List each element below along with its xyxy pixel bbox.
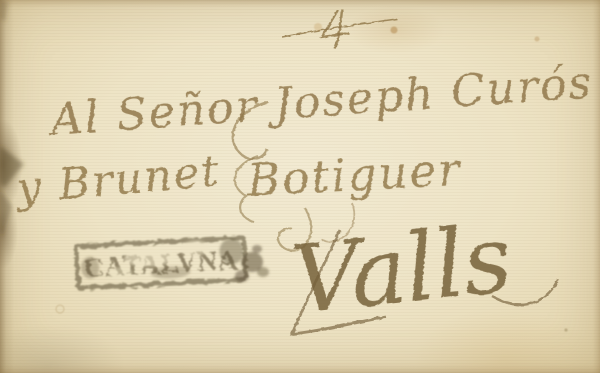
cover-markings: 4 Al Señor Joseph Curós y Brunet Botigue… bbox=[0, 0, 600, 373]
address-line-1: Al Señor Joseph Curós bbox=[45, 57, 594, 146]
postmark: CATALVNA bbox=[76, 238, 246, 289]
address-line-2-left: y Brunet bbox=[13, 146, 223, 214]
rate-mark: 4 bbox=[282, 9, 397, 49]
destination: Valls bbox=[287, 205, 558, 336]
address-line-2-right: Botiguer bbox=[245, 143, 464, 207]
envelope-scan: 4 Al Señor Joseph Curós y Brunet Botigue… bbox=[0, 0, 600, 373]
